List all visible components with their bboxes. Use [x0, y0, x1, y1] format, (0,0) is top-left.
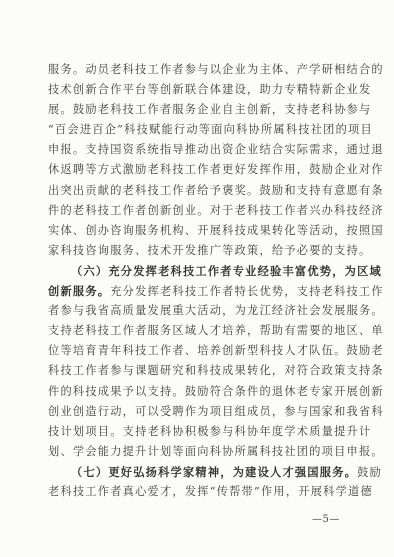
text-line: 技术创新合作平台等创新联合体建设，助力专精特新企业发: [48, 80, 346, 100]
text-line: 技计划项目。支持老科协积极参与科协年度学术质量提升计: [48, 422, 346, 442]
heading-text: （六）充分发挥老科技工作者专业经验丰富优势，为区域: [71, 264, 382, 278]
text-line: 件的老科技工作者创新创业。对于老科技工作者兴办科技经济: [48, 201, 346, 221]
heading-text: 创新服务。: [48, 284, 110, 298]
text-line: 申报。支持国资系统指导推动出资企业结合实际需求，通过退: [48, 140, 346, 160]
body-span: 鼓励: [357, 466, 382, 479]
text-line: 创业创造行动，可以受聘作为项目组成员，参与国家和我省科: [48, 402, 346, 422]
page-number: —5—: [312, 514, 340, 525]
heading-text: （七）更好弘扬科学家精神，为建设人才强国服务。: [71, 465, 357, 479]
text-line: 展。鼓励老科技工作者服务企业自主创新，支持老科协参与: [48, 100, 346, 120]
document-page: 服务。动员老科技工作者参与以企业为主体、产学研相结合的 技术创新合作平台等创新联…: [0, 0, 394, 557]
text-line: 划、学会能力提升计划等面向科协所属科技社团的项目申报。: [48, 442, 346, 462]
text-line: 休返聘等方式激励老科技工作者更好发挥作用，鼓励企业对作: [48, 160, 346, 180]
body-text: 服务。动员老科技工作者参与以企业为主体、产学研相结合的 技术创新合作平台等创新联…: [48, 60, 346, 502]
text-line: 实体、创办咨询服务机构、开展科技成果转化等活动，按照国: [48, 221, 346, 241]
text-line: 件的科技成果予以支持。鼓励符合条件的退休老专家开展创新: [48, 382, 346, 402]
text-line: 科技工作者参与课题研究和科技成果转化，对符合政策支持条: [48, 361, 346, 381]
text-line: 位等培育青年科技工作者、培养创新型科技人才队伍。鼓励老: [48, 341, 346, 361]
text-line: 者参与我省高质量发展重大活动，为龙江经济社会发展服务。: [48, 301, 346, 321]
text-line: 创新服务。充分发挥老科技工作者特长优势，支持老科技工作: [48, 281, 346, 301]
text-line: “百会进百企”科技赋能行动等面向科协所属科技社团的项目: [48, 120, 346, 140]
text-line: 老科技工作者真心爱才，发挥“传帮带”作用，开展科学道德: [48, 482, 346, 502]
text-line: 出突出贡献的老科技工作者给予褒奖。鼓励和支持有意愿有条: [48, 181, 346, 201]
section-heading-7: （七）更好弘扬科学家精神，为建设人才强国服务。鼓励: [48, 462, 346, 482]
section-heading-6: （六）充分发挥老科技工作者专业经验丰富优势，为区域: [48, 261, 346, 281]
text-line: 家科技咨询服务、技术开发推广等政策，给予必要的支持。: [48, 241, 346, 261]
text-line: 服务。动员老科技工作者参与以企业为主体、产学研相结合的: [48, 60, 346, 80]
text-line: 支持老科技工作者服务区域人才培养，帮助有需要的地区、单: [48, 321, 346, 341]
body-span: 充分发挥老科技工作者特长优势，支持老科技工作: [110, 285, 384, 298]
